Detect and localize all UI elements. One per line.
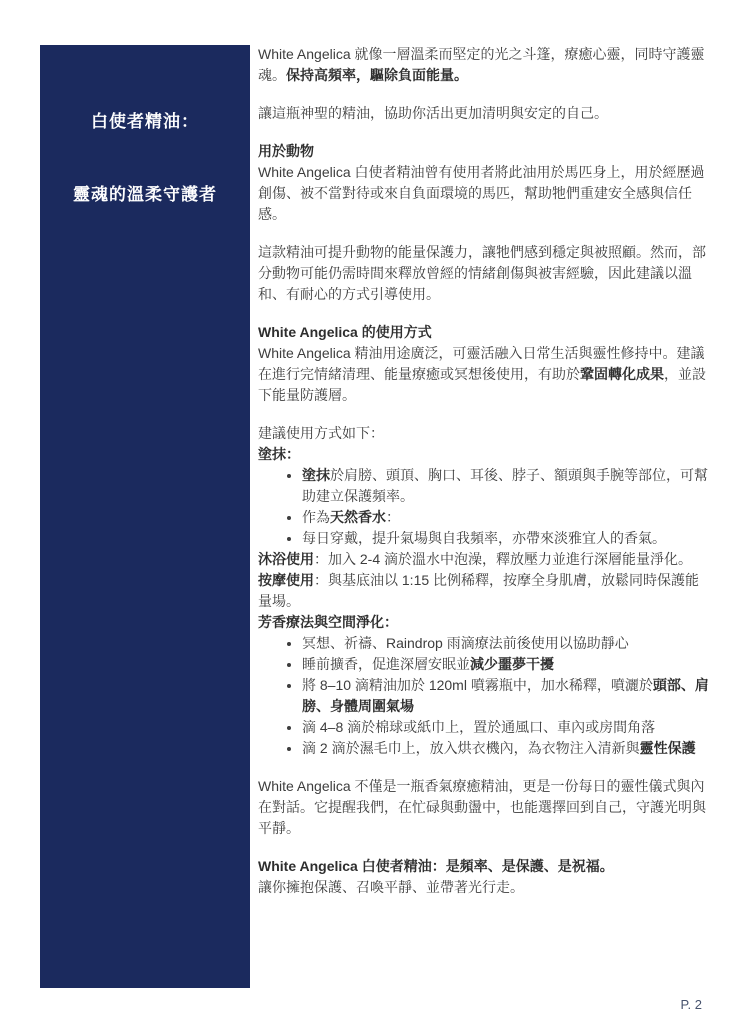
apply-bullet2-text: 作為 xyxy=(302,509,330,525)
bath-usage-line: 沐浴使用：加入 2-4 滴於溫水中泡澡，釋放壓力並進行深層能量淨化。 xyxy=(258,549,710,570)
apply-bullet2-bold: 天然香水 xyxy=(330,509,386,525)
intro-bold-text: 保持高頻率，驅除負面能量。 xyxy=(286,67,468,83)
massage-usage-line: 按摩使用：與基底油以 1:15 比例稀釋，按摩全身肌膚，放鬆同時保護能量場。 xyxy=(258,570,710,612)
usage-section: White Angelica 的使用方式White Angelica 精油用途廣… xyxy=(258,322,710,406)
aroma-bullet3-text: 將 8–10 滴精油加於 120ml 噴霧瓶中，加水稀釋，噴灑於 xyxy=(302,677,653,693)
bath-usage-label: 沐浴使用 xyxy=(258,551,314,567)
main-content: White Angelica 就像一層溫柔而堅定的光之斗篷，療癒心靈，同時守護靈… xyxy=(258,44,710,898)
bullet-item: 冥想、祈禱、Raindrop 雨滴療法前後使用以協助靜心 xyxy=(302,633,710,654)
closing-slogan-bold: White Angelica 白使者精油：是頻率、是保護、是祝福。 xyxy=(258,858,614,874)
bullet-item: 滴 4–8 滴於棉球或紙巾上，置於通風口、車內或房間角落 xyxy=(302,717,710,738)
usage-paragraph-bold: 鞏固轉化成果 xyxy=(580,366,664,382)
aromatherapy-bullet-list: 冥想、祈禱、Raindrop 雨滴療法前後使用以協助靜心 睡前擴香，促進深層安眠… xyxy=(258,633,710,759)
apply-bullet1-text: 於肩膀、頭頂、胸口、耳後、脖子、額頭與手腕等部位，可幫助建立保護頻率。 xyxy=(302,467,708,504)
sacred-oil-paragraph: 讓這瓶神聖的精油，協助你活出更加清明與安定的自己。 xyxy=(258,103,710,124)
aroma-bullet5-bold: 靈性保護 xyxy=(640,740,696,756)
sidebar-title-line1: 白使者精油： xyxy=(40,107,250,132)
massage-usage-label: 按摩使用 xyxy=(258,572,314,588)
usage-list-intro: 建議使用方式如下： xyxy=(258,423,710,444)
title-sidebar: 白使者精油： 靈魂的溫柔守護者 xyxy=(40,45,250,988)
apply-heading: 塗抹： xyxy=(258,444,710,465)
animals-paragraph-1: White Angelica 白使者精油曾有使用者將此油用於馬匹身上，用於經歷過… xyxy=(258,164,705,222)
bullet-item: 將 8–10 滴精油加於 120ml 噴霧瓶中，加水稀釋，噴灑於頭部、肩膀、身體… xyxy=(302,675,710,717)
document-page: 白使者精油： 靈魂的溫柔守護者 White Angelica 就像一層溫柔而堅定… xyxy=(0,0,732,1024)
closing-paragraph: White Angelica 不僅是一瓶香氣療癒精油，更是一份每日的靈性儀式與內… xyxy=(258,776,710,839)
apply-heading-text: 塗抹： xyxy=(258,446,300,462)
bullet-item: 塗抹於肩膀、頭頂、胸口、耳後、脖子、額頭與手腕等部位，可幫助建立保護頻率。 xyxy=(302,465,710,507)
aroma-bullet2-bold: 減少噩夢干擾 xyxy=(470,656,554,672)
bullet-item: 睡前擴香，促進深層安眠並減少噩夢干擾 xyxy=(302,654,710,675)
page-number: P. 2 xyxy=(681,997,702,1012)
closing-last-line: 讓你擁抱保護、召喚平靜、並帶著光行走。 xyxy=(258,877,710,898)
closing-slogan: White Angelica 白使者精油：是頻率、是保護、是祝福。 xyxy=(258,856,710,877)
animals-paragraph-2: 這款精油可提升動物的能量保護力，讓牠們感到穩定與被照顧。然而，部分動物可能仍需時… xyxy=(258,242,710,305)
animals-section: 用於動物White Angelica 白使者精油曾有使用者將此油用於馬匹身上，用… xyxy=(258,141,710,225)
aromatherapy-heading-text: 芳香療法與空間淨化： xyxy=(258,614,398,630)
aroma-bullet5-text: 滴 2 滴於濕毛巾上，放入烘衣機內，為衣物注入清新與 xyxy=(302,740,640,756)
usage-heading: White Angelica 的使用方式 xyxy=(258,322,710,343)
massage-usage-text: ：與基底油以 1:15 比例稀釋，按摩全身肌膚，放鬆同時保護能量場。 xyxy=(258,572,699,609)
apply-bullet2-tail: ： xyxy=(386,509,400,525)
animals-heading: 用於動物 xyxy=(258,141,710,162)
apply-bullet-list: 塗抹於肩膀、頭頂、胸口、耳後、脖子、額頭與手腕等部位，可幫助建立保護頻率。 作為… xyxy=(258,465,710,549)
aromatherapy-heading: 芳香療法與空間淨化： xyxy=(258,612,710,633)
bath-usage-text: ：加入 2-4 滴於溫水中泡澡，釋放壓力並進行深層能量淨化。 xyxy=(314,551,692,567)
bullet-item: 滴 2 滴於濕毛巾上，放入烘衣機內，為衣物注入清新與靈性保護 xyxy=(302,738,710,759)
bullet-item: 每日穿戴，提升氣場與自我頻率，亦帶來淡雅宜人的香氣。 xyxy=(302,528,710,549)
aroma-bullet2-text: 睡前擴香，促進深層安眠並 xyxy=(302,656,470,672)
sidebar-title-line2: 靈魂的溫柔守護者 xyxy=(40,180,250,205)
intro-paragraph: White Angelica 就像一層溫柔而堅定的光之斗篷，療癒心靈，同時守護靈… xyxy=(258,44,710,86)
apply-bullet1-bold: 塗抹 xyxy=(302,467,330,483)
bullet-item: 作為天然香水： xyxy=(302,507,710,528)
